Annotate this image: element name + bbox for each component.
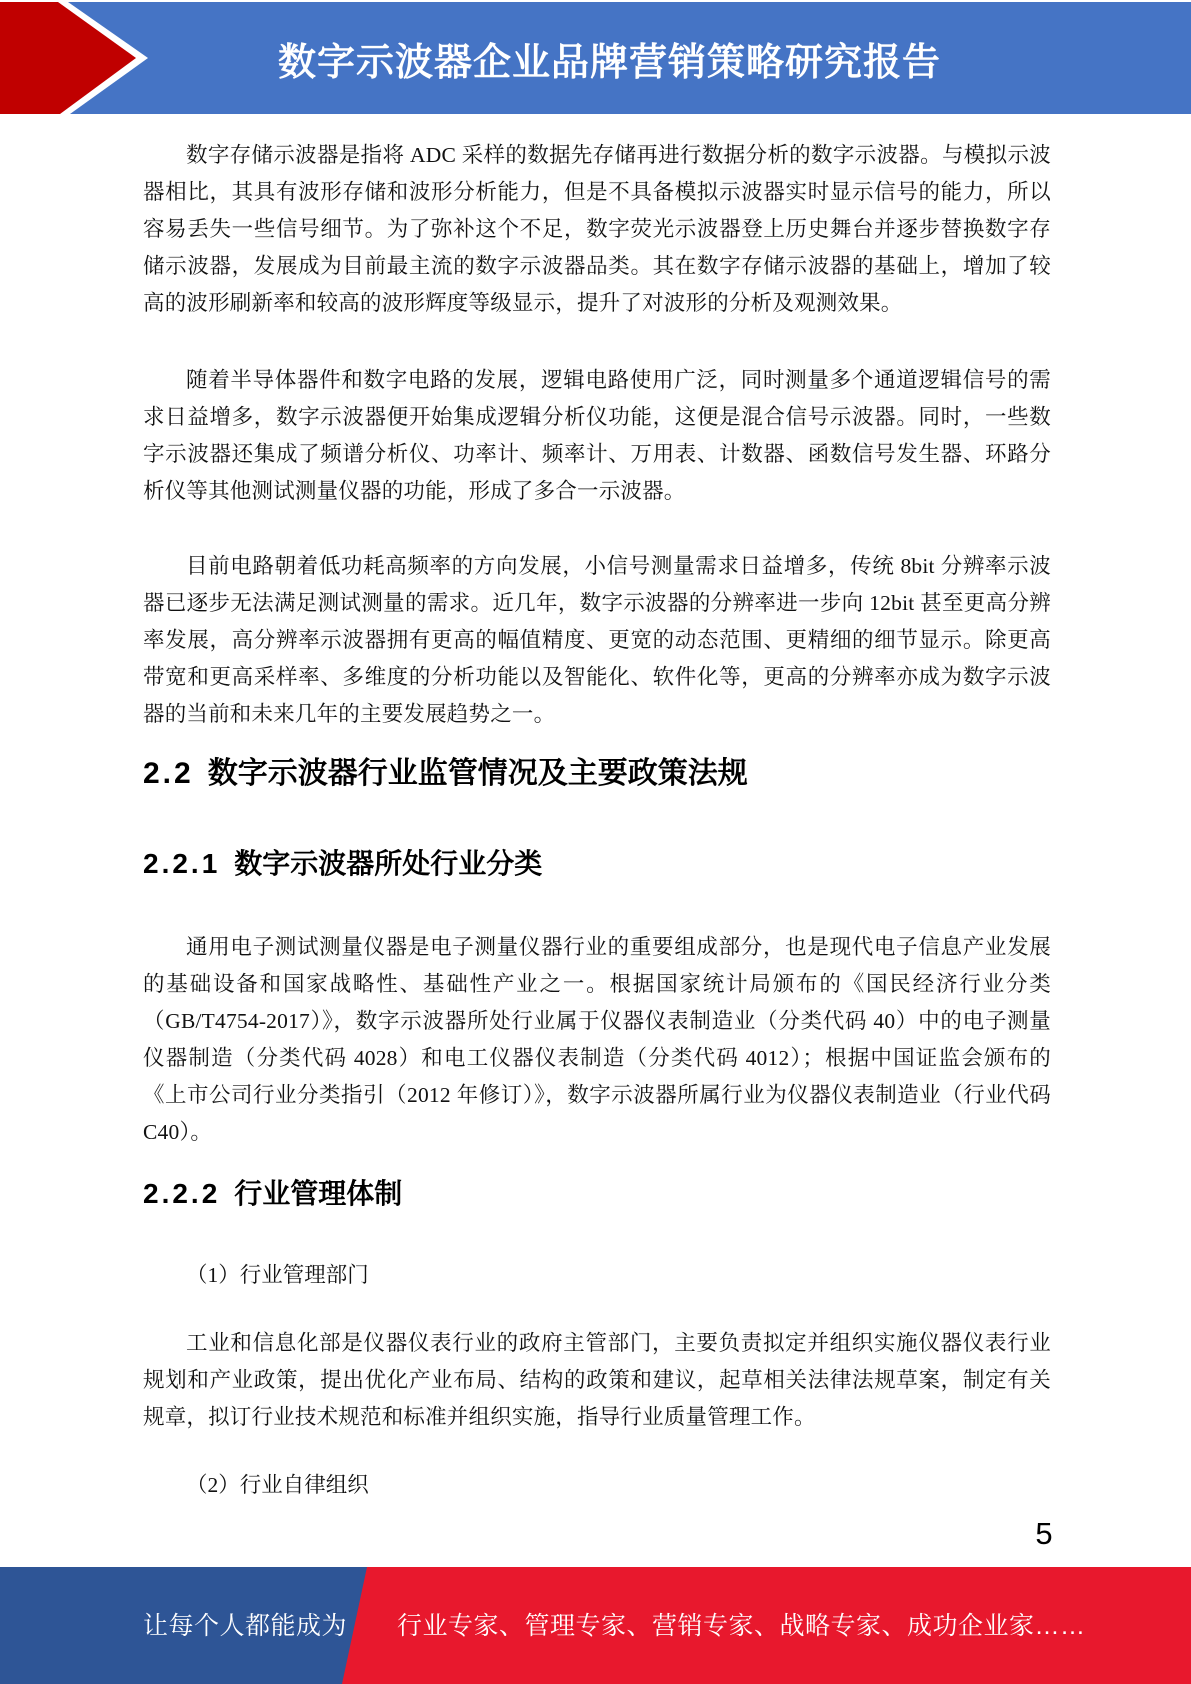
heading-2-2-1-text: 数字示波器所处行业分类 (234, 848, 542, 879)
paragraph-dso-intro: 数字存储示波器是指将 ADC 采样的数据先存储再进行数据分析的数字示波器。与模拟… (143, 137, 1051, 322)
document-body: 数字存储示波器是指将 ADC 采样的数据先存储再进行数据分析的数字示波器。与模拟… (143, 114, 1051, 1535)
list-item-2-self-regulation: （2）行业自律组织 (143, 1467, 1051, 1504)
heading-2-2-number: 2.2 (143, 757, 194, 790)
paragraph-miit-role: 工业和信息化部是仪器仪表行业的政府主管部门，主要负责拟定并组织实施仪器仪表行业规… (143, 1325, 1051, 1436)
heading-2-2-2: 2.2.2行业管理体制 (143, 1176, 1051, 1212)
footer-slogan-left: 让每个人都能成为 (143, 1611, 347, 1641)
heading-2-2-2-number: 2.2.2 (143, 1178, 220, 1209)
report-page: 数字示波器企业品牌营销策略研究报告 数字存储示波器是指将 ADC 采样的数据先存… (0, 0, 1191, 1684)
list-item-1-management-dept: （1）行业管理部门 (143, 1257, 1051, 1294)
paragraph-industry-classification: 通用电子测试测量仪器是电子测量仪器行业的重要组成部分，也是现代电子信息产业发展的… (143, 929, 1051, 1151)
heading-2-2-1-number: 2.2.1 (143, 848, 220, 879)
heading-2-2-text: 数字示波器行业监管情况及主要政策法规 (208, 757, 748, 790)
heading-2-2-2-text: 行业管理体制 (234, 1178, 402, 1209)
page-number: 5 (1024, 1516, 1064, 1552)
paragraph-mixed-signal: 随着半导体器件和数字电路的发展，逻辑电路使用广泛，同时测量多个通道逻辑信号的需求… (143, 362, 1051, 510)
heading-2-2: 2.2数字示波器行业监管情况及主要政策法规 (143, 754, 1051, 794)
red-chevron-icon (0, 2, 152, 114)
page-header-banner: 数字示波器企业品牌营销策略研究报告 (0, 2, 1191, 114)
footer-slogan-right: 行业专家、管理专家、营销专家、战略专家、成功企业家…… (397, 1611, 1086, 1641)
paragraph-resolution-trend: 目前电路朝着低功耗高频率的方向发展，小信号测量需求日益增多，传统 8bit 分辨… (143, 548, 1051, 733)
page-footer-banner: 让每个人都能成为 行业专家、管理专家、营销专家、战略专家、成功企业家…… (0, 1567, 1191, 1684)
report-title: 数字示波器企业品牌营销策略研究报告 (250, 31, 941, 86)
heading-2-2-1: 2.2.1数字示波器所处行业分类 (143, 846, 1051, 882)
